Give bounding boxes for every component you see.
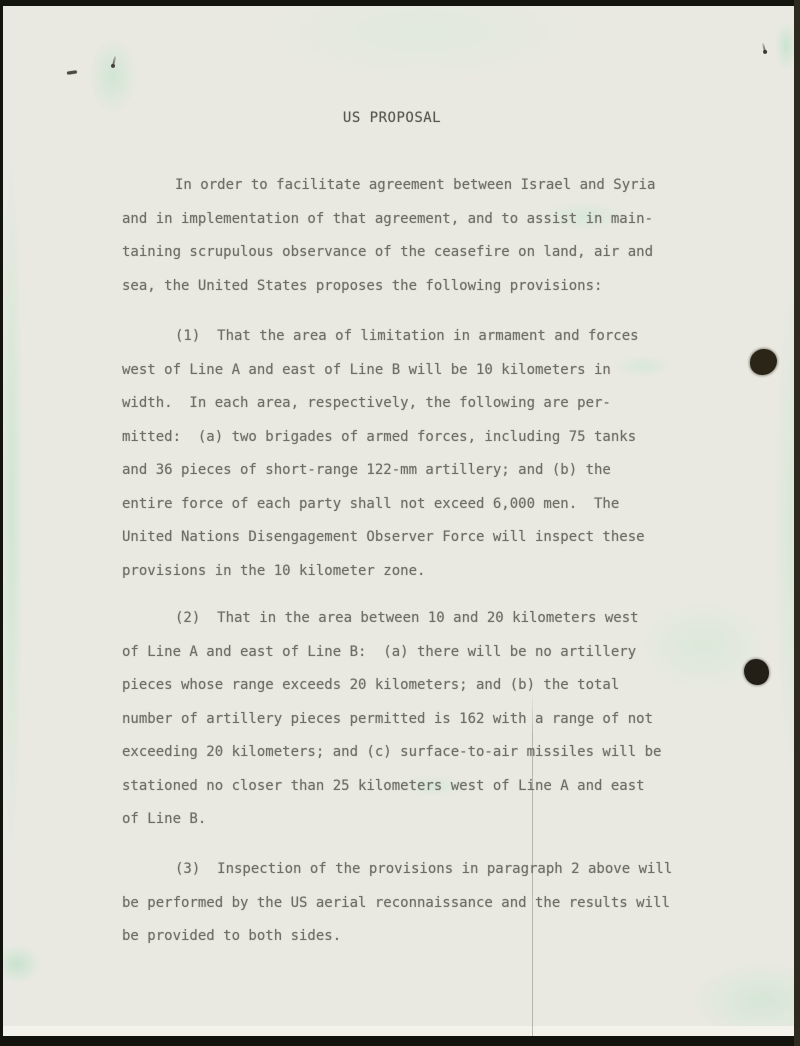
document-line: sea, the United States proposes the foll… [122, 270, 672, 304]
document-line: and 36 pieces of short-range 122-mm arti… [122, 454, 672, 488]
provision-3-paragraph: (3) Inspection of the provisions in para… [122, 853, 672, 954]
provision-1-paragraph: (1) That the area of limitation in armam… [122, 320, 672, 588]
document-line: width. In each area, respectively, the f… [122, 387, 672, 421]
document-line: and in implementation of that agreement,… [122, 203, 672, 237]
document-line: be performed by the US aerial reconnaiss… [122, 887, 672, 921]
document-line: (3) Inspection of the provisions in para… [122, 853, 672, 887]
document-line: provisions in the 10 kilometer zone. [122, 555, 672, 589]
document-line: entire force of each party shall not exc… [122, 488, 672, 522]
document-line: pieces whose range exceeds 20 kilometers… [122, 669, 672, 703]
document-line: west of Line A and east of Line B will b… [122, 354, 672, 388]
scan-edge-right [794, 0, 800, 1046]
document-line: In order to facilitate agreement between… [122, 169, 672, 203]
document-line: of Line B. [122, 803, 672, 837]
document-line: of Line A and east of Line B: (a) there … [122, 636, 672, 670]
punch-hole-dot-bottom [744, 659, 769, 685]
document-line: United Nations Disengagement Observer Fo… [122, 521, 672, 555]
document-line: (2) That in the area between 10 and 20 k… [122, 602, 672, 636]
document-line: number of artillery pieces permitted is … [122, 703, 672, 737]
document-title: US PROPOSAL [122, 102, 662, 136]
provision-2-paragraph: (2) That in the area between 10 and 20 k… [122, 602, 672, 837]
document-line: mitted: (a) two brigades of armed forces… [122, 421, 672, 455]
document-line: exceeding 20 kilometers; and (c) surface… [122, 736, 672, 770]
document-line: stationed no closer than 25 kilometers w… [122, 770, 672, 804]
paper-bottom-strip [3, 1026, 794, 1036]
intro-paragraph: In order to facilitate agreement between… [122, 169, 672, 303]
document-line: be provided to both sides. [122, 920, 672, 954]
document-line: (1) That the area of limitation in armam… [122, 320, 672, 354]
scanned-page: US PROPOSAL In order to facilitate agree… [0, 0, 800, 1046]
document-line: taining scrupulous observance of the cea… [122, 236, 672, 270]
